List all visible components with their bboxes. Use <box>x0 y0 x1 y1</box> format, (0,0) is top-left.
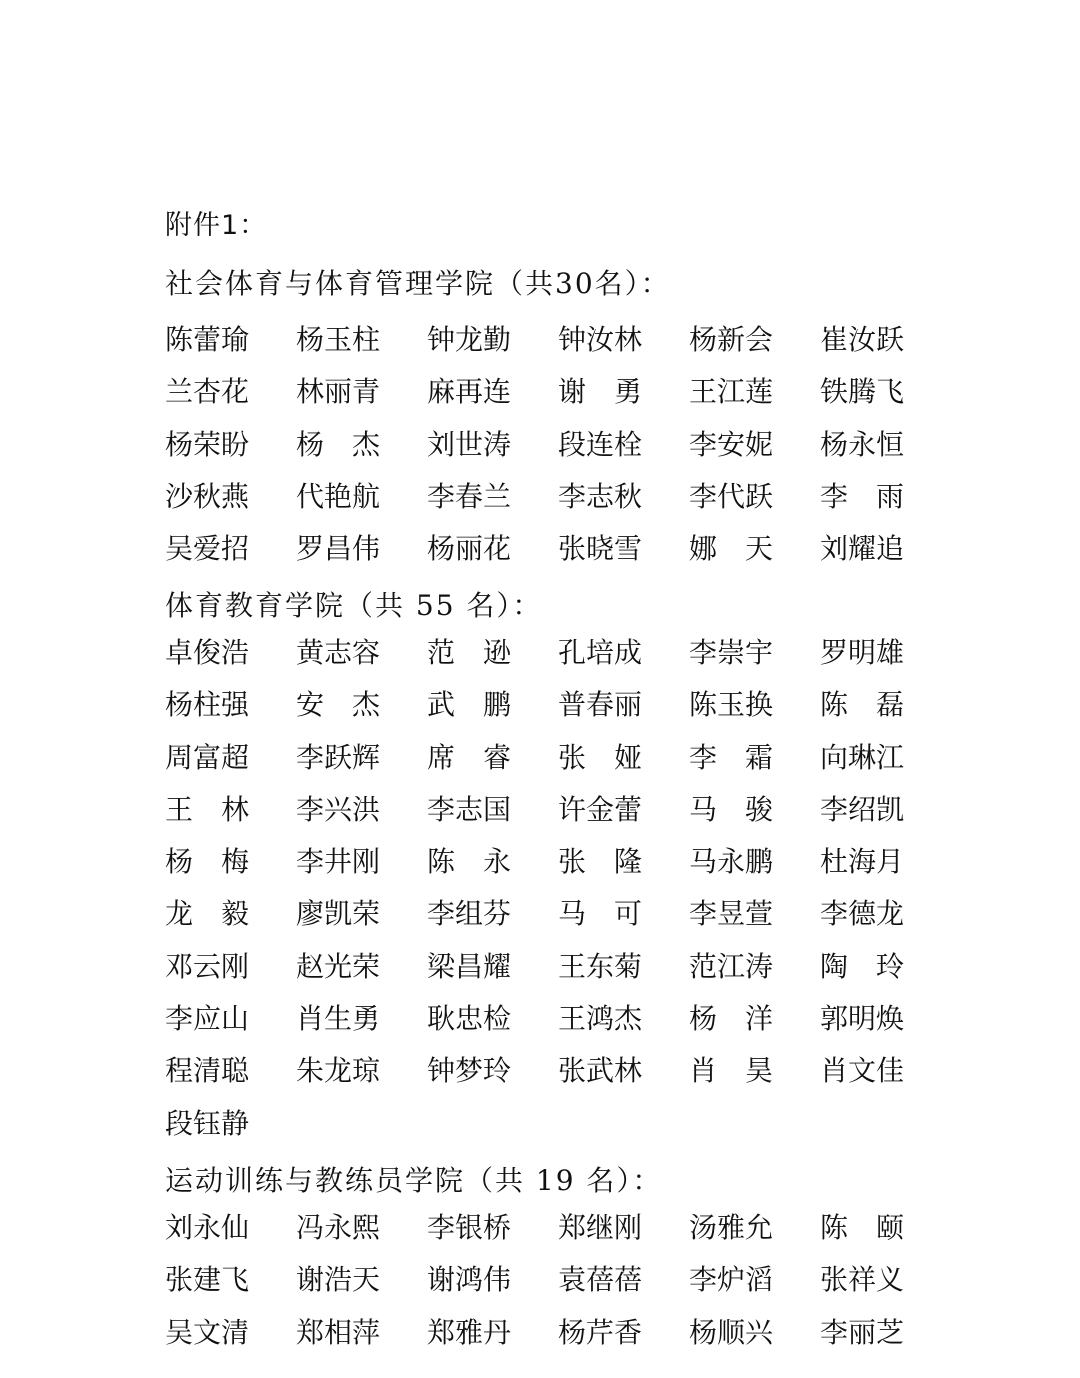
person-name: 安杰 <box>296 688 380 722</box>
person-name: 梁昌耀 <box>427 950 511 984</box>
person-name: 陈颐 <box>820 1211 904 1245</box>
person-name: 范江涛 <box>689 950 773 984</box>
person-name: 杨荣盼 <box>165 428 249 462</box>
name-row: 兰杏花林丽青麻再连谢勇王江莲铁腾飞 <box>165 375 925 427</box>
person-name: 李昱萱 <box>689 897 773 931</box>
person-name: 李银桥 <box>427 1211 511 1245</box>
person-name: 陈玉换 <box>689 688 773 722</box>
name-row: 程清聪朱龙琼钟梦玲张武林肖昊肖文佳 <box>165 1054 925 1106</box>
person-name: 朱龙琼 <box>296 1054 380 1088</box>
person-name: 罗昌伟 <box>296 532 380 566</box>
name-row: 卓俊浩黄志容范逊孔培成李崇宇罗明雄 <box>165 636 925 688</box>
person-name: 马可 <box>558 897 642 931</box>
person-name: 郑继刚 <box>558 1211 642 1245</box>
name-row: 王林李兴洪李志国许金蕾马骏李绍凯 <box>165 793 925 845</box>
person-name: 武鹏 <box>427 688 511 722</box>
person-name: 刘世涛 <box>427 428 511 462</box>
person-name: 郑相萍 <box>296 1316 380 1350</box>
person-name: 张武林 <box>558 1054 642 1088</box>
person-name: 王林 <box>165 793 249 827</box>
person-name: 钟梦玲 <box>427 1054 511 1088</box>
person-name: 肖昊 <box>689 1054 773 1088</box>
person-name: 李组芬 <box>427 897 511 931</box>
person-name: 陈永 <box>427 845 511 879</box>
person-name: 肖文佳 <box>820 1054 904 1088</box>
name-row: 刘永仙冯永熙李银桥郑继刚汤雅允陈颐 <box>165 1211 925 1263</box>
person-name: 杨杰 <box>296 428 380 462</box>
person-name: 李兴洪 <box>296 793 380 827</box>
person-name: 李跃辉 <box>296 741 380 775</box>
name-grid-physical-education: 卓俊浩黄志容范逊孔培成李崇宇罗明雄杨柱强安杰武鹏普春丽陈玉换陈磊周富超李跃辉席睿… <box>165 636 925 1159</box>
name-row: 段钰静 <box>165 1107 925 1159</box>
person-name: 刘永仙 <box>165 1211 249 1245</box>
person-name: 李春兰 <box>427 480 511 514</box>
name-row: 沙秋燕代艳航李春兰李志秋李代跃李雨 <box>165 480 925 532</box>
person-name: 冯永熙 <box>296 1211 380 1245</box>
name-row: 吴爱招罗昌伟杨丽花张晓雪娜天刘耀追 <box>165 532 925 584</box>
person-name: 杨新会 <box>689 323 773 357</box>
name-row: 吴文清郑相萍郑雅丹杨芹香杨顺兴李丽芝 <box>165 1316 925 1368</box>
person-name: 罗明雄 <box>820 636 904 670</box>
person-name: 孔培成 <box>558 636 642 670</box>
person-name: 代艳航 <box>296 480 380 514</box>
person-name: 钟汝林 <box>558 323 642 357</box>
section-title-sports-training: 运动训练与教练员学院（共 19 名）： <box>165 1159 662 1199</box>
person-name: 杨丽花 <box>427 532 511 566</box>
attachment-label: 附件1： <box>165 203 267 242</box>
person-name: 谢鸿伟 <box>427 1263 511 1297</box>
person-name: 马永鹏 <box>689 845 773 879</box>
person-name: 谢浩天 <box>296 1263 380 1297</box>
person-name: 林丽青 <box>296 375 380 409</box>
person-name: 张娅 <box>558 741 642 775</box>
person-name: 张晓雪 <box>558 532 642 566</box>
name-row: 陈蕾瑜杨玉柱钟龙勤钟汝林杨新会崔汝跃 <box>165 323 925 375</box>
person-name: 张隆 <box>558 845 642 879</box>
person-name: 娜天 <box>689 532 773 566</box>
person-name: 陈磊 <box>820 688 904 722</box>
person-name: 马骏 <box>689 793 773 827</box>
person-name: 谢勇 <box>558 375 642 409</box>
person-name: 李代跃 <box>689 480 773 514</box>
person-name: 李绍凯 <box>820 793 904 827</box>
person-name: 杨柱强 <box>165 688 249 722</box>
person-name: 王东菊 <box>558 950 642 984</box>
name-row: 杨柱强安杰武鹏普春丽陈玉换陈磊 <box>165 688 925 740</box>
person-name: 廖凯荣 <box>296 897 380 931</box>
person-name: 吴爱招 <box>165 532 249 566</box>
person-name: 杨洋 <box>689 1002 773 1036</box>
person-name: 袁蓓蓓 <box>558 1263 642 1297</box>
name-grid-social-sports: 陈蕾瑜杨玉柱钟龙勤钟汝林杨新会崔汝跃兰杏花林丽青麻再连谢勇王江莲铁腾飞杨荣盼杨杰… <box>165 323 925 584</box>
person-name: 张祥义 <box>820 1263 904 1297</box>
section-title-physical-education: 体育教育学院（共 55 名）： <box>165 584 542 624</box>
person-name: 沙秋燕 <box>165 480 249 514</box>
person-name: 杨永恒 <box>820 428 904 462</box>
person-name: 范逊 <box>427 636 511 670</box>
person-name: 李志国 <box>427 793 511 827</box>
name-row: 张建飞谢浩天谢鸿伟袁蓓蓓李炉滔张祥义 <box>165 1263 925 1315</box>
person-name: 张建飞 <box>165 1263 249 1297</box>
person-name: 龙毅 <box>165 897 249 931</box>
person-name: 陈蕾瑜 <box>165 323 249 357</box>
person-name: 向琳江 <box>820 741 904 775</box>
name-row: 周富超李跃辉席睿张娅李霜向琳江 <box>165 741 925 793</box>
person-name: 席睿 <box>427 741 511 775</box>
person-name: 麻再连 <box>427 375 511 409</box>
person-name: 周富超 <box>165 741 249 775</box>
person-name: 李安妮 <box>689 428 773 462</box>
person-name: 段连栓 <box>558 428 642 462</box>
person-name: 王江莲 <box>689 375 773 409</box>
person-name: 李志秋 <box>558 480 642 514</box>
person-name: 杜海月 <box>820 845 904 879</box>
person-name: 李雨 <box>820 480 904 514</box>
name-row: 杨梅李井刚陈永张隆马永鹏杜海月 <box>165 845 925 897</box>
person-name: 许金蕾 <box>558 793 642 827</box>
person-name: 杨芹香 <box>558 1316 642 1350</box>
person-name: 郭明焕 <box>820 1002 904 1036</box>
person-name: 李井刚 <box>296 845 380 879</box>
name-row: 邓云刚赵光荣梁昌耀王东菊范江涛陶玲 <box>165 950 925 1002</box>
person-name: 刘耀追 <box>820 532 904 566</box>
person-name: 郑雅丹 <box>427 1316 511 1350</box>
person-name: 肖生勇 <box>296 1002 380 1036</box>
person-name: 崔汝跃 <box>820 323 904 357</box>
name-grid-sports-training: 刘永仙冯永熙李银桥郑继刚汤雅允陈颐张建飞谢浩天谢鸿伟袁蓓蓓李炉滔张祥义吴文清郑相… <box>165 1211 925 1368</box>
person-name: 杨顺兴 <box>689 1316 773 1350</box>
person-name: 黄志容 <box>296 636 380 670</box>
person-name: 王鸿杰 <box>558 1002 642 1036</box>
person-name: 李崇宇 <box>689 636 773 670</box>
person-name: 李霜 <box>689 741 773 775</box>
person-name: 李丽芝 <box>820 1316 904 1350</box>
person-name: 程清聪 <box>165 1054 249 1088</box>
person-name: 李德龙 <box>820 897 904 931</box>
person-name: 赵光荣 <box>296 950 380 984</box>
person-name: 段钰静 <box>165 1107 249 1141</box>
person-name: 普春丽 <box>558 688 642 722</box>
person-name: 邓云刚 <box>165 950 249 984</box>
section-title-social-sports: 社会体育与体育管理学院（共30名）： <box>165 262 671 302</box>
person-name: 李炉滔 <box>689 1263 773 1297</box>
name-row: 龙毅廖凯荣李组芬马可李昱萱李德龙 <box>165 897 925 949</box>
person-name: 陶玲 <box>820 950 904 984</box>
person-name: 杨玉柱 <box>296 323 380 357</box>
person-name: 杨梅 <box>165 845 249 879</box>
name-row: 杨荣盼杨杰刘世涛段连栓李安妮杨永恒 <box>165 428 925 480</box>
person-name: 卓俊浩 <box>165 636 249 670</box>
person-name: 兰杏花 <box>165 375 249 409</box>
person-name: 耿忠检 <box>427 1002 511 1036</box>
name-row: 李应山肖生勇耿忠检王鸿杰杨洋郭明焕 <box>165 1002 925 1054</box>
person-name: 李应山 <box>165 1002 249 1036</box>
person-name: 铁腾飞 <box>820 375 904 409</box>
person-name: 吴文清 <box>165 1316 249 1350</box>
person-name: 钟龙勤 <box>427 323 511 357</box>
person-name: 汤雅允 <box>689 1211 773 1245</box>
